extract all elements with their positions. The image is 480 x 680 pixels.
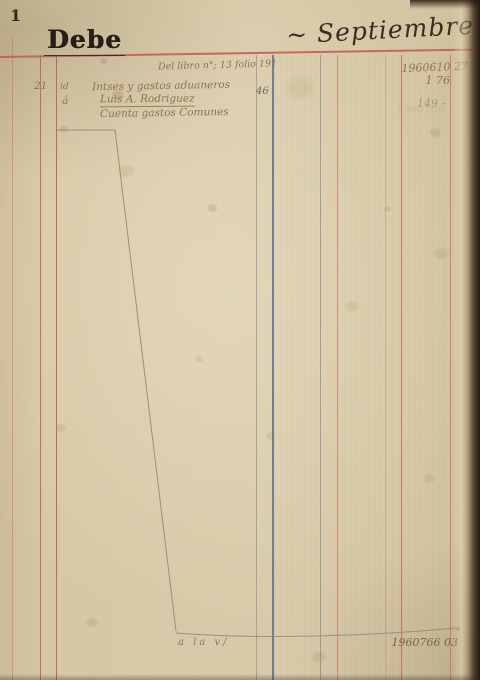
column-rule-red-date-left: [40, 55, 41, 680]
entry-line-3: Cuenta gastos Comunes: [100, 106, 229, 120]
fox-stain: [56, 424, 65, 432]
column-rule-red-cents: [450, 55, 451, 680]
column-rule-blue-middle: [320, 55, 321, 680]
entry-to-mark: á: [62, 95, 68, 107]
page-edge-top-right: [410, 0, 480, 9]
amount-row-2: 1 76: [390, 74, 450, 87]
pinstripe-column: [402, 56, 449, 680]
fox-stain: [60, 126, 68, 133]
entry-day: 21: [34, 80, 47, 92]
fox-stain: [196, 356, 203, 362]
fox-stain: [100, 58, 107, 64]
amount-ghost: 1960766: [383, 103, 445, 116]
pinstripe-column: [338, 56, 400, 680]
pinstripe-column: [274, 56, 320, 680]
page-edge-right: [452, 0, 480, 680]
column-rule-red-left-margin: [12, 38, 13, 680]
entry-ditto-mark: id: [60, 82, 69, 92]
ledger-page: 1 Debe ~ Septiembre Del libro n°; 13 fol…: [0, 0, 480, 680]
column-rule-blue-ref-left: [256, 55, 257, 680]
carry-forward-note: a la v/: [178, 637, 230, 648]
amount-row-1: 1960610 27: [390, 60, 468, 76]
fox-stain: [86, 618, 98, 627]
entry-account-name: Luis A. Rodriguez: [100, 93, 195, 108]
page-number: 1: [10, 6, 21, 25]
entry-line-1: Intses y gastos aduaneros: [92, 79, 230, 93]
page-title: Debe: [44, 25, 125, 56]
amount-total: 1960766 03: [380, 636, 458, 649]
source-note: Del libro n°; 13 folio 191: [158, 59, 270, 73]
entry-folio-ref: 46: [256, 86, 269, 97]
fox-stain: [118, 165, 134, 177]
month-header: ~ Septiembre: [285, 11, 461, 49]
column-rule-red-date-right: [56, 55, 57, 680]
fox-stain: [208, 204, 217, 212]
